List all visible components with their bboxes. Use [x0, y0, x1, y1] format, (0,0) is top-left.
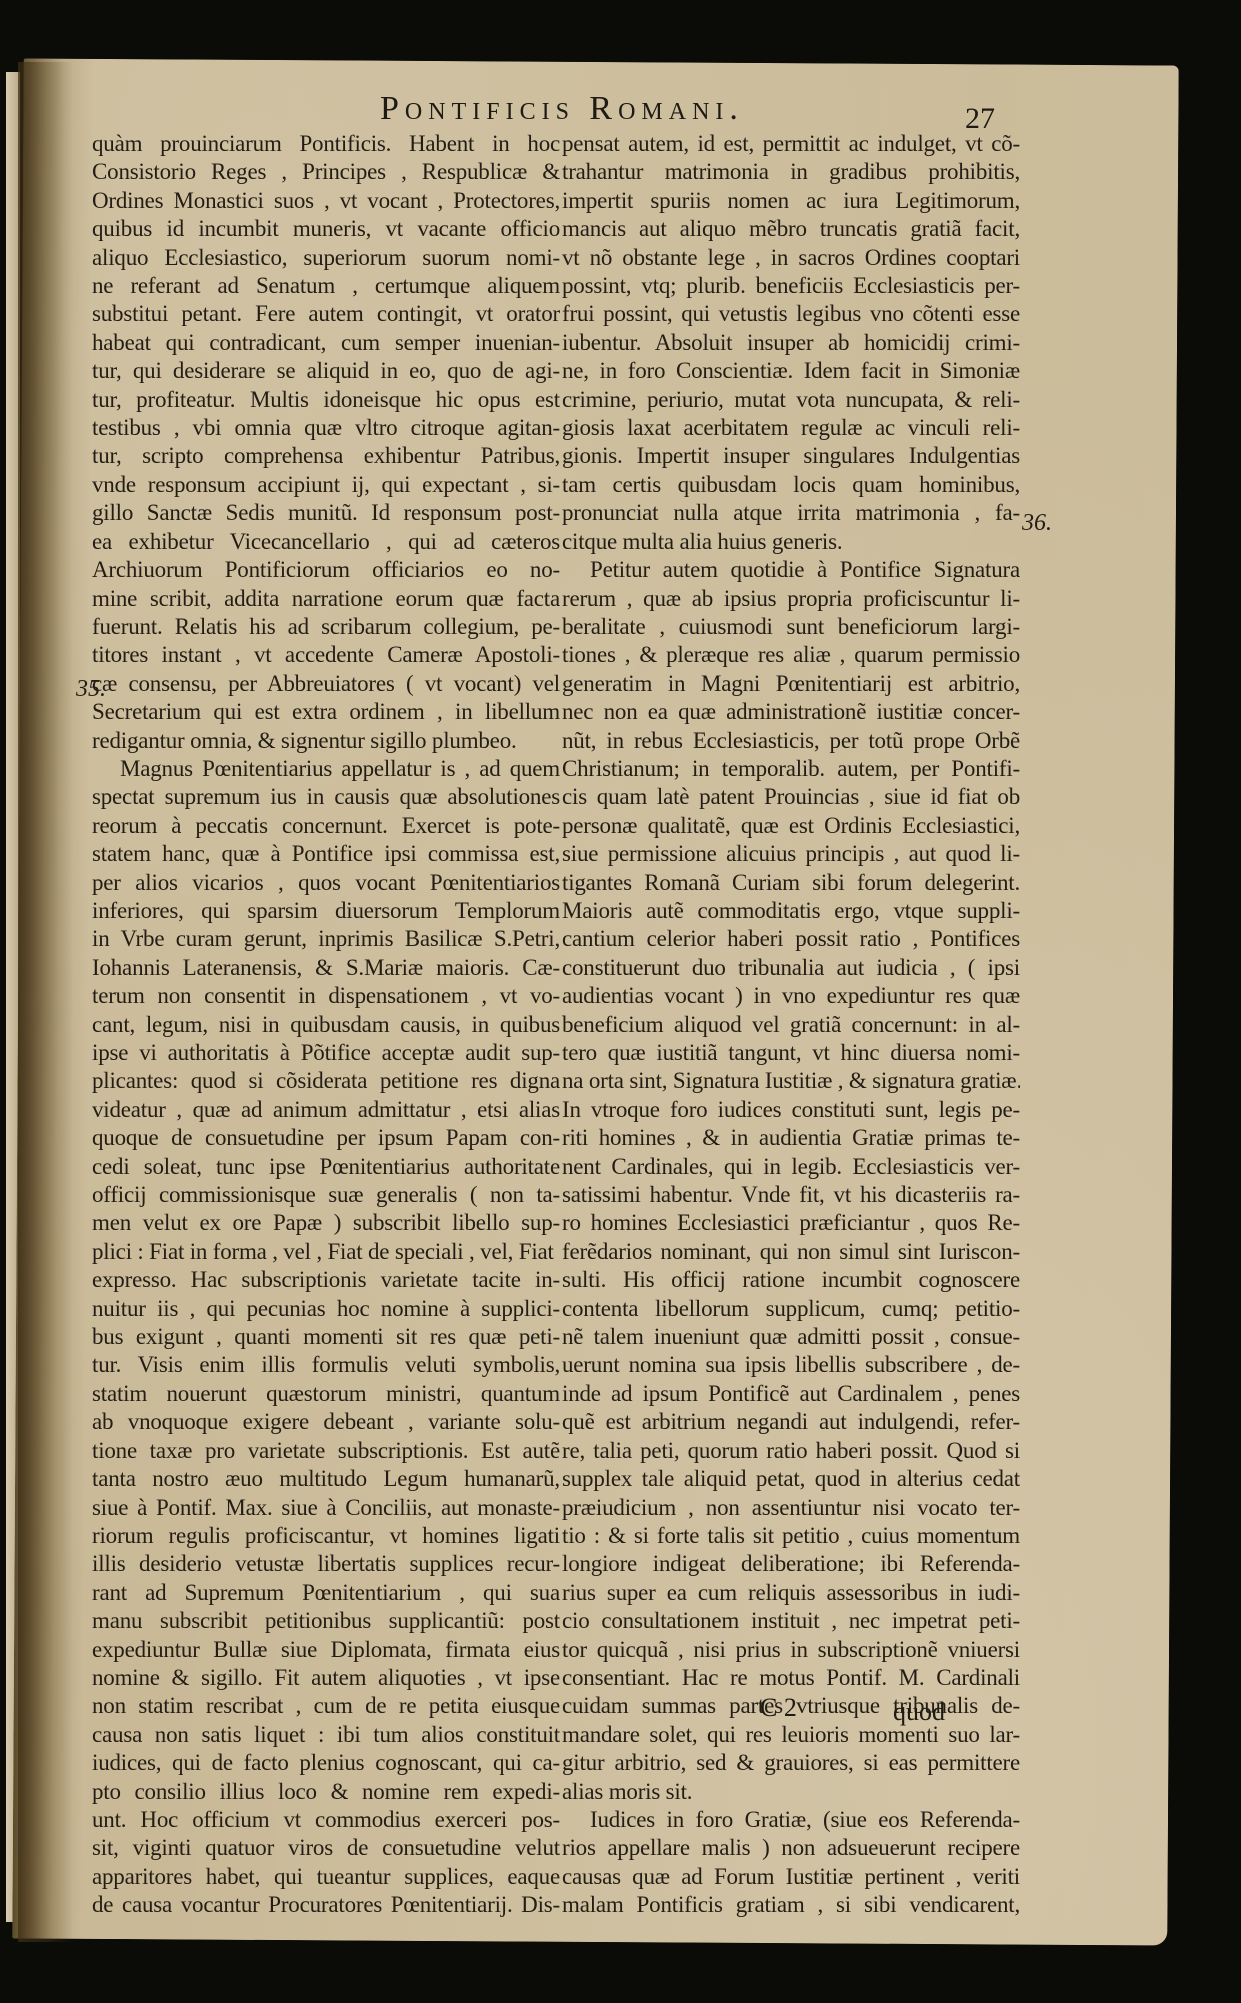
catchword: quod	[893, 1697, 945, 1727]
text-line: titores instant , vt accedente Cameræ Ap…	[92, 641, 560, 669]
text-line: In vtroque foro iudices constituti sunt,…	[562, 1096, 1020, 1124]
text-line: Secretarium qui est extra ordinem , in l…	[92, 698, 560, 726]
text-line: mancis aut aliquo mẽbro truncatis gratiã…	[562, 215, 1020, 243]
text-line: constituerunt duo tribunalia aut iudicia…	[562, 954, 1020, 982]
text-line: non statim rescribat , cum de re petita …	[92, 1692, 560, 1720]
text-line: gionis. Impertit insuper singulares Indu…	[562, 442, 1020, 470]
text-line: Maioris autẽ commoditatis ergo, vtque su…	[562, 897, 1020, 925]
text-line: alias moris sit.	[562, 1778, 1020, 1806]
text-line: tero quæ iustitiã tangunt, vt hinc diuer…	[562, 1039, 1020, 1067]
text-line: bus exigunt , quanti momenti sit res quæ…	[92, 1323, 560, 1351]
text-line: ne referant ad Senatum , certumque aliqu…	[92, 272, 560, 300]
text-line: officij commissionisque suæ generalis ( …	[92, 1181, 560, 1209]
text-line: cio consultationem instituit , nec impet…	[562, 1607, 1020, 1635]
left-column: quàm prouinciarum Pontificis. Habent in …	[92, 130, 560, 1920]
text-line: longiore indigeat deliberatione; ibi Ref…	[562, 1550, 1020, 1578]
text-line: na orta sint, Signatura Iustitiæ , & sig…	[562, 1067, 1020, 1095]
text-line: tam certis quibusdam locis quam hominibu…	[562, 471, 1020, 499]
right-column: pensat autem, id est, permittit ac indul…	[562, 130, 1020, 1920]
text-line: vt nõ obstante lege , in sacros Ordines …	[562, 244, 1020, 272]
text-line: Archiuorum Pontificiorum officiarios eo …	[92, 556, 560, 584]
text-line: audientias vocant ) in vno expediuntur r…	[562, 982, 1020, 1010]
text-line: Magnus Pœnitentiarius appellatur is , ad…	[92, 755, 560, 783]
text-line: personæ qualitatẽ, quæ est Ordinis Eccle…	[562, 812, 1020, 840]
text-line: cant, legum, nisi in quibusdam causis, i…	[92, 1011, 560, 1039]
text-line: Iudices in foro Gratiæ, (siue eos Refere…	[562, 1806, 1020, 1834]
text-line: tur, scripto comprehensa exhibentur Patr…	[92, 442, 560, 470]
text-line: ab vnoquoque exigere debeant , variante …	[92, 1408, 560, 1436]
text-line: substitui petant. Fere autem contingit, …	[92, 300, 560, 328]
text-line: gitur arbitrio, sed & grauiores, si eas …	[562, 1749, 1020, 1777]
text-line: cantium celerior haberi possit ratio , P…	[562, 925, 1020, 953]
text-line: nomine & sigillo. Fit autem aliquoties ,…	[92, 1664, 560, 1692]
text-line: inferiores, qui sparsim diuersorum Templ…	[92, 897, 560, 925]
text-line: redigantur omnia, & signentur sigillo pl…	[92, 727, 560, 755]
text-line: pensat autem, id est, permittit ac indul…	[562, 130, 1020, 158]
text-line: tanta nostro æuo multitudo Legum humanar…	[92, 1465, 560, 1493]
text-line: mandare solet, qui res leuioris momenti …	[562, 1721, 1020, 1749]
text-line: uerunt nomina sua ipsis libellis subscri…	[562, 1351, 1020, 1379]
text-line: quàm prouinciarum Pontificis. Habent in …	[92, 130, 560, 158]
text-line: siue permissione alicuius principis , au…	[562, 840, 1020, 868]
text-line: Christianum; in temporalib. autem, per P…	[562, 755, 1020, 783]
text-line: gillo Sanctæ Sedis munitũ. Id responsum …	[92, 499, 560, 527]
text-line: tigantes Romanã Curiam sibi forum delege…	[562, 869, 1020, 897]
margin-note-36: 36.	[1022, 510, 1052, 537]
text-line: malam Pontificis gratiam , si sibi vendi…	[562, 1891, 1020, 1919]
text-line: frui possint, qui vetustis legibus vno c…	[562, 300, 1020, 328]
text-line: expresso. Hac subscriptionis varietate t…	[92, 1266, 560, 1294]
text-line: manu subscribit petitionibus supplicanti…	[92, 1607, 560, 1635]
text-line: nuitur iis , qui pecunias hoc nomine à s…	[92, 1295, 560, 1323]
text-line: apparitores habet, qui tueantur supplice…	[92, 1863, 560, 1891]
text-line: tur, profiteatur. Multis idoneisque hic …	[92, 386, 560, 414]
text-line: statim nouerunt quæstorum ministri, quan…	[92, 1380, 560, 1408]
text-line: unt. Hoc officium vt commodius exerceri …	[92, 1806, 560, 1834]
text-line: cis quam latè patent Prouincias , siue i…	[562, 783, 1020, 811]
text-line: generatim in Magni Pœnitentiarij est arb…	[562, 670, 1020, 698]
text-line: Consistorio Reges , Principes , Respubli…	[92, 158, 560, 186]
text-line: ipse vi authoritatis à Põtifice acceptæ …	[92, 1039, 560, 1067]
text-line: citque multa alia huius generis.	[562, 528, 1020, 556]
text-line: possint, vtq; plurib. beneficiis Ecclesi…	[562, 272, 1020, 300]
text-line: trahantur matrimonia in gradibus prohibi…	[562, 158, 1020, 186]
text-line: rant ad Supremum Pœnitentiarium , qui su…	[92, 1579, 560, 1607]
text-line: Ordines Monastici suos , vt vocant , Pro…	[92, 187, 560, 215]
text-line: contenta libellorum supplicum, cumq; pet…	[562, 1295, 1020, 1323]
text-line: plici : Fiat in forma , vel , Fiat de sp…	[92, 1238, 560, 1266]
text-line: Iohannis Lateranensis, & S.Mariæ maioris…	[92, 954, 560, 982]
text-line: testibus , vbi omnia quæ vltro citroque …	[92, 414, 560, 442]
text-line: statem hanc, quæ à Pontifice ipsi commis…	[92, 840, 560, 868]
text-line: in Vrbe curam gerunt, inprimis Basilicæ …	[92, 925, 560, 953]
text-line: beneficium aliquod vel gratiã concernunt…	[562, 1011, 1020, 1039]
text-line: siue à Pontif. Max. siue à Conciliis, au…	[92, 1494, 560, 1522]
text-line: habeat qui contradicant, cum semper inue…	[92, 329, 560, 357]
running-head: Pontificis Romani.	[380, 90, 744, 128]
text-line: sit, viginti quatuor viros de consuetudi…	[92, 1834, 560, 1862]
text-line: rios appellare malis ) non adsueuerunt r…	[562, 1834, 1020, 1862]
text-line: quẽ est arbitrium negandi aut indulgendi…	[562, 1408, 1020, 1436]
text-line: quibus id incumbit muneris, vt vacante o…	[92, 215, 560, 243]
text-line: per alios vicarios , quos vocant Pœniten…	[92, 869, 560, 897]
text-line: expediuntur Bullæ siue Diplomata, firmat…	[92, 1636, 560, 1664]
text-line: satissimi habentur. Vnde fit, vt his dic…	[562, 1181, 1020, 1209]
text-line: aliquo Ecclesiastico, superiorum suorum …	[92, 244, 560, 272]
text-line: causas quæ ad Forum Iustitiæ pertinent ,…	[562, 1863, 1020, 1891]
text-line: nẽ talem inueniunt quæ admitti possit , …	[562, 1323, 1020, 1351]
text-line: re, talia peti, quorum ratio haberi poss…	[562, 1437, 1020, 1465]
text-line: iudices, qui de facto plenius cognoscant…	[92, 1749, 560, 1777]
text-line: præiudicium , non assentiuntur nisi voca…	[562, 1494, 1020, 1522]
text-line: fuerunt. Relatis his ad scribarum colleg…	[92, 613, 560, 641]
text-line: mine scribit, addita narratione eorum qu…	[92, 585, 560, 613]
text-line: reorum à peccatis concernunt. Exercet is…	[92, 812, 560, 840]
text-line: de causa vocantur Procuratores Pœnitenti…	[92, 1891, 560, 1919]
text-line: plicantes: quod si cõsiderata petitione …	[92, 1067, 560, 1095]
text-line: terum non consentit in dispensationem , …	[92, 982, 560, 1010]
text-line: supplex tale aliquid petat, quod in alte…	[562, 1465, 1020, 1493]
text-line: rerum , quæ ab ipsius propria proficiscu…	[562, 585, 1020, 613]
text-line: tio : & si forte talis sit petitio , cui…	[562, 1522, 1020, 1550]
text-line: videatur , quæ ad animum admittatur , et…	[92, 1096, 560, 1124]
text-line: tur, qui desiderare se aliquid in eo, qu…	[92, 357, 560, 385]
text-line: pto consilio illius loco & nomine rem ex…	[92, 1778, 560, 1806]
text-line: ea exhibetur Vicecancellario , qui ad cæ…	[92, 528, 560, 556]
text-line: spectat supremum ius in causis quæ absol…	[92, 783, 560, 811]
text-line: men velut ex ore Papæ ) subscribit libel…	[92, 1209, 560, 1237]
text-line: ro homines Ecclesiastici præficiantur , …	[562, 1209, 1020, 1237]
text-line: Petitur autem quotidie à Pontifice Signa…	[562, 556, 1020, 584]
text-line: causa non satis liquet : ibi tum alios c…	[92, 1721, 560, 1749]
text-line: iubentur. Absoluit insuper ab homicidij …	[562, 329, 1020, 357]
text-line: vnde responsum accipiunt ij, qui expecta…	[92, 471, 560, 499]
signature-mark: C 2	[760, 1693, 797, 1723]
text-line: nũt, in rebus Ecclesiasticis, per totũ p…	[562, 727, 1020, 755]
text-line: giosis laxat acerbitatem regulæ ac vincu…	[562, 414, 1020, 442]
text-line: cedi soleat, tunc ipse Pœnitentiarius au…	[92, 1153, 560, 1181]
text-line: pronunciat nulla atque irrita matrimonia…	[562, 499, 1020, 527]
text-line: consentiant. Hac re motus Pontif. M. Car…	[562, 1664, 1020, 1692]
gutter-shadow	[18, 62, 73, 1942]
text-line: rius super ea cum reliquis assessoribus …	[562, 1579, 1020, 1607]
text-line: sulti. His officij ratione incumbit cogn…	[562, 1266, 1020, 1294]
text-line: crimine, periurio, mutat vota nuncupata,…	[562, 386, 1020, 414]
text-line: beralitate , cuiusmodi sunt beneficiorum…	[562, 613, 1020, 641]
text-line: nent Cardinales, qui in legib. Ecclesias…	[562, 1153, 1020, 1181]
text-line: tione taxæ pro varietate subscriptionis.…	[92, 1437, 560, 1465]
text-line: tor quicquã , nisi prius in subscription…	[562, 1636, 1020, 1664]
text-line: tiones , & pleræque res aliæ , quarum pe…	[562, 641, 1020, 669]
text-line: nec non ea quæ administrationẽ iustitiæ …	[562, 698, 1020, 726]
text-line: illis desiderio vetustæ libertatis suppl…	[92, 1550, 560, 1578]
text-line: inde ad ipsum Pontificẽ aut Cardinalem ,…	[562, 1380, 1020, 1408]
text-line: riorum regulis proficiscantur, vt homine…	[92, 1522, 560, 1550]
text-line: ferẽdarios nominant, qui non simul sint …	[562, 1238, 1020, 1266]
text-line: tur. Visis enim illis formulis veluti sy…	[92, 1351, 560, 1379]
text-line: cæ consensu, per Abbreuiatores ( vt voca…	[92, 670, 560, 698]
text-line: ne, in foro Conscientiæ. Idem facit in S…	[562, 357, 1020, 385]
text-line: impertit spuriis nomen ac iura Legitimor…	[562, 187, 1020, 215]
text-line: riti homines , & in audientia Gratiæ pri…	[562, 1124, 1020, 1152]
text-line: quoque de consuetudine per ipsum Papam c…	[92, 1124, 560, 1152]
